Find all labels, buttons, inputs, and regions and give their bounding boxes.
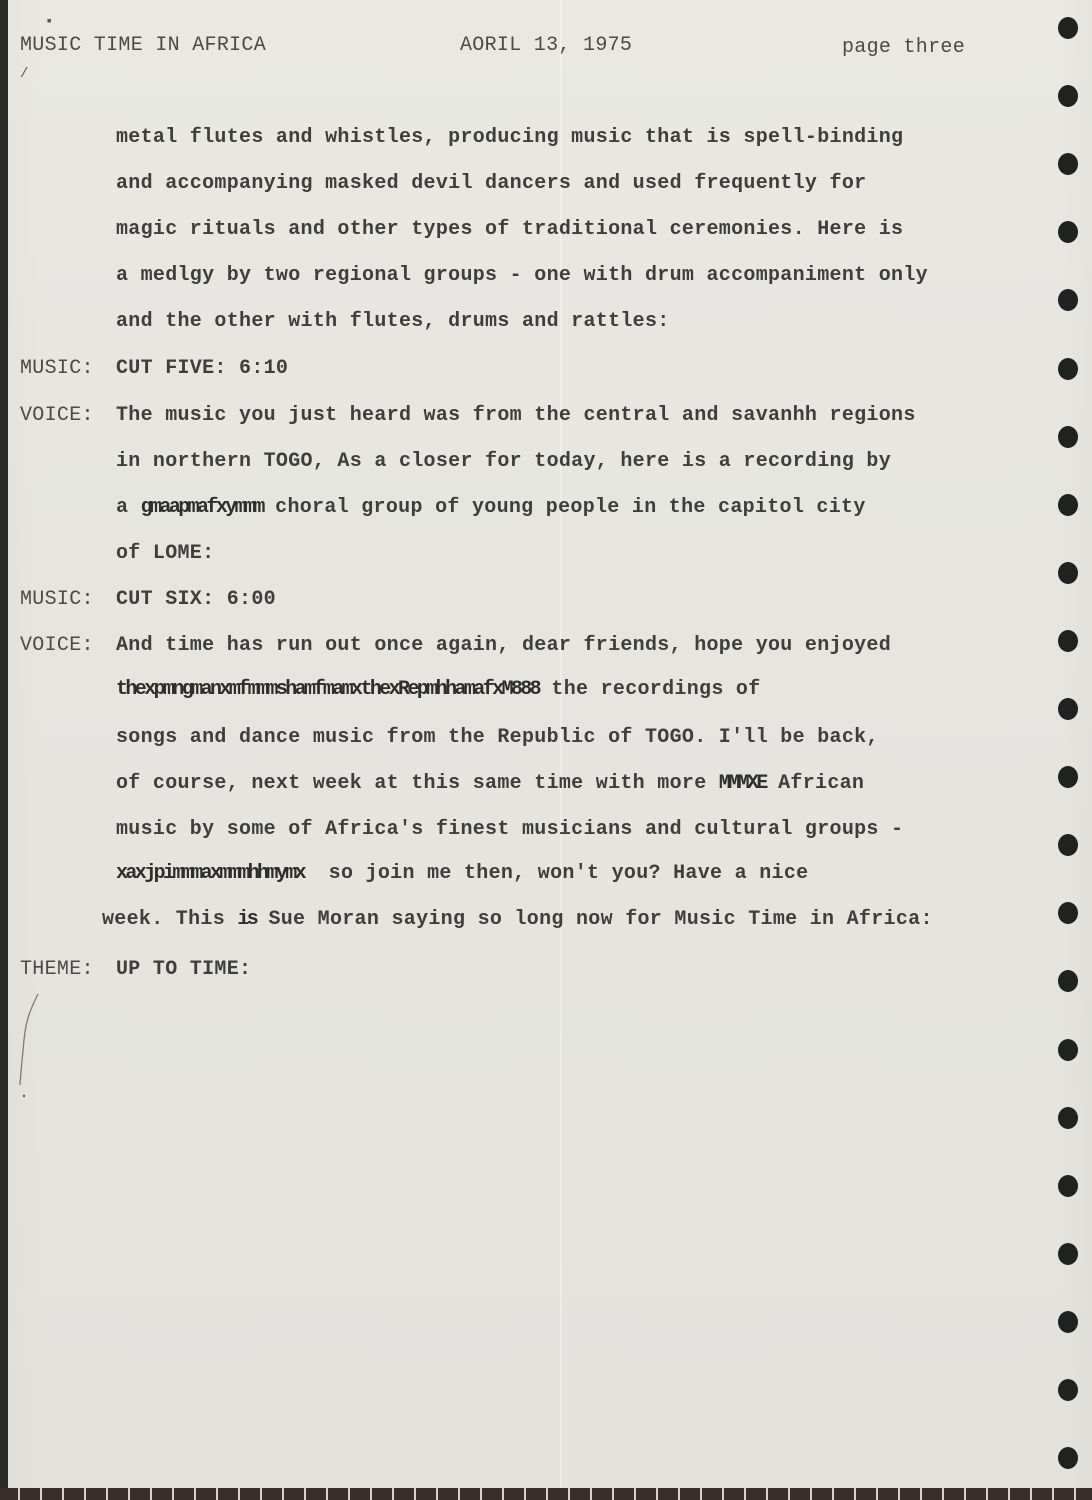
feed-hole <box>1058 630 1078 652</box>
feed-hole <box>1058 562 1078 584</box>
feed-hole <box>1058 1379 1078 1401</box>
script-text: a <box>116 496 141 519</box>
script-text: and the other with flutes, drums and rat… <box>116 310 670 333</box>
script-text: music by some of Africa's finest musicia… <box>116 818 903 841</box>
cue-line: VOICE: The music you just heard was from… <box>20 404 916 427</box>
script-text: so join me then, won't you? Have a nice <box>304 862 808 885</box>
feed-hole <box>1058 1311 1078 1333</box>
script-text: a medlgy by two regional groups - one wi… <box>116 264 928 287</box>
typed-over-text: MMMXE <box>719 772 766 795</box>
feed-hole <box>1058 1447 1078 1469</box>
cue-label: VOICE: <box>20 634 116 657</box>
typed-over-text: thexpmngmanxmfmmmshamfmamxthexRepmhhamaf… <box>116 678 539 701</box>
cue-label: VOICE: <box>20 404 116 427</box>
script-line: magic rituals and other types of traditi… <box>116 218 903 241</box>
script-text: songs and dance music from the Republic … <box>116 726 879 749</box>
feed-hole <box>1058 494 1078 516</box>
script-line: music by some of Africa's finest musicia… <box>116 818 903 841</box>
script-text: African <box>766 772 864 795</box>
typed-over-text: gmaapmafxymmm <box>141 496 263 519</box>
cue-line: MUSIC: CUT SIX: 6:00 <box>20 588 276 611</box>
script-text: of LOME: <box>116 542 214 565</box>
script-text: and accompanying masked devil dancers an… <box>116 172 866 195</box>
script-text: CUT FIVE: 6:10 <box>116 357 288 380</box>
feed-hole <box>1058 698 1078 720</box>
stray-mark: / <box>20 66 28 82</box>
header-date: AORIL 13, 1975 <box>460 34 632 57</box>
header-program-title: MUSIC TIME IN AFRICA <box>20 34 266 57</box>
cue-line: MUSIC: CUT FIVE: 6:10 <box>20 357 288 380</box>
script-text: week. This <box>102 908 237 931</box>
pencil-mark <box>16 990 46 1100</box>
script-line: of LOME: <box>116 542 214 565</box>
script-line: a medlgy by two regional groups - one wi… <box>116 264 928 287</box>
script-text: And time has run out once again, dear fr… <box>116 634 891 657</box>
script-line: and the other with flutes, drums and rat… <box>116 310 670 333</box>
stray-mark: ▪ <box>45 14 53 30</box>
script-text: metal flutes and whistles, producing mus… <box>116 126 903 149</box>
script-text: The music you just heard was from the ce… <box>116 404 916 427</box>
script-line: and accompanying masked devil dancers an… <box>116 172 866 195</box>
script-text: UP TO TIME: <box>116 958 251 981</box>
script-text: choral group of young people in the capi… <box>263 496 866 519</box>
script-text: of course, next week at this same time w… <box>116 772 719 795</box>
typed-over-text: xaxjpimmmaxmmmhhmymx <box>116 862 304 885</box>
script-line: xaxjpimmmaxmmmhhmymx so join me then, wo… <box>116 862 808 885</box>
script-text: the recordings of <box>539 678 760 701</box>
feed-hole <box>1058 1175 1078 1197</box>
script-line: a gmaapmafxymmm choral group of young pe… <box>116 496 866 519</box>
script-line: thexpmngmanxmfmmmshamfmamxthexRepmhhamaf… <box>116 678 761 701</box>
script-text: Sue Moran saying so long now for Music T… <box>256 908 933 931</box>
script-text: magic rituals and other types of traditi… <box>116 218 903 241</box>
script-line: of course, next week at this same time w… <box>116 772 864 795</box>
typed-over-text: is <box>237 908 256 931</box>
feed-hole <box>1058 426 1078 448</box>
feed-hole <box>1058 1243 1078 1265</box>
cue-line: VOICE: And time has run out once again, … <box>20 634 891 657</box>
cue-label: MUSIC: <box>20 357 116 380</box>
cue-line: THEME: UP TO TIME: <box>20 958 251 981</box>
script-line: songs and dance music from the Republic … <box>116 726 879 749</box>
script-text: CUT SIX: 6:00 <box>116 588 276 611</box>
feed-hole <box>1058 358 1078 380</box>
feed-hole <box>1058 17 1078 39</box>
perforated-bottom-edge <box>0 1488 1092 1500</box>
script-text: in northern TOGO, As a closer for today,… <box>116 450 891 473</box>
feed-hole <box>1058 1107 1078 1129</box>
feed-hole <box>1058 1039 1078 1061</box>
script-line: metal flutes and whistles, producing mus… <box>116 126 903 149</box>
header-page-number: page three <box>842 36 965 59</box>
feed-hole <box>1058 85 1078 107</box>
cue-label: MUSIC: <box>20 588 116 611</box>
script-line: week. This is Sue Moran saying so long n… <box>102 908 933 931</box>
script-line: in northern TOGO, As a closer for today,… <box>116 450 891 473</box>
page-left-edge <box>0 0 8 1500</box>
feed-hole <box>1058 766 1078 788</box>
cue-label: THEME: <box>20 958 116 981</box>
